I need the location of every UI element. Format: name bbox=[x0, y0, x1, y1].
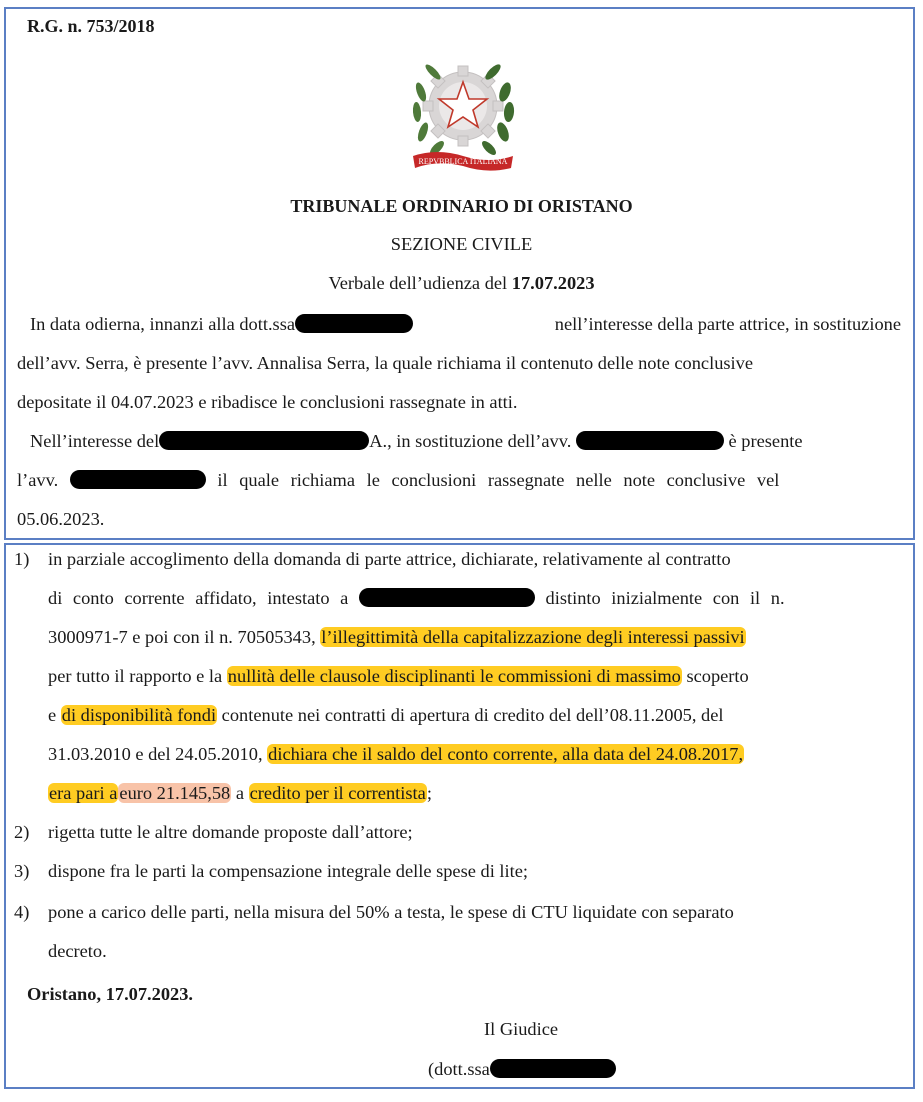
text: A., in sostituzione dell’avv. bbox=[369, 431, 571, 451]
intro-p2-line3: 05.06.2023. bbox=[17, 507, 901, 531]
text: ; bbox=[427, 783, 432, 803]
redaction bbox=[359, 588, 535, 607]
redaction bbox=[159, 431, 369, 450]
item-number: 3) bbox=[14, 859, 29, 883]
case-number: R.G. n. 753/2018 bbox=[27, 15, 155, 37]
highlight: credito per il correntista bbox=[249, 783, 427, 803]
redaction bbox=[70, 470, 206, 489]
item-number: 2) bbox=[14, 820, 29, 844]
highlight-amount: euro 21.145,58 bbox=[118, 783, 231, 803]
intro-p1-line2: dell’avv. Serra, è presente l’avv. Annal… bbox=[17, 351, 901, 375]
hearing-title: Verbale dell’udienza del 17.07.2023 bbox=[0, 272, 923, 294]
place-date: Oristano, 17.07.2023. bbox=[27, 983, 193, 1005]
item2-text: rigetta tutte le altre domande proposte … bbox=[48, 820, 904, 844]
item1-line4: per tutto il rapporto e la nullità delle… bbox=[48, 664, 904, 688]
item3-text: dispone fra le parti la compensazione in… bbox=[48, 859, 904, 883]
item1-line3: 3000971-7 e poi con il n. 70505343, l’il… bbox=[48, 625, 904, 649]
text: (dott.ssa bbox=[428, 1059, 490, 1079]
highlight: dichiara che il saldo del conto corrente… bbox=[267, 744, 744, 764]
highlight: di disponibilità fondi bbox=[61, 705, 217, 725]
emblem-ribbon-text: REPVBBLICA ITALIANA bbox=[419, 157, 508, 166]
intro-p2-line1: Nell’interesse delA., in sostituzione de… bbox=[30, 429, 888, 453]
redaction bbox=[576, 431, 724, 450]
redaction bbox=[295, 314, 413, 333]
item1-line6: 31.03.2010 e del 24.05.2010, dichiara ch… bbox=[48, 742, 904, 766]
text: In data odierna, innanzi alla dott.ssa bbox=[30, 314, 295, 334]
highlight: era pari a bbox=[48, 783, 118, 803]
text: il quale richiama le conclusioni rassegn… bbox=[217, 470, 779, 490]
item4-line1: pone a carico delle parti, nella misura … bbox=[48, 900, 904, 924]
item1-line7: era pari aeuro 21.145,58 a credito per i… bbox=[48, 781, 904, 805]
item-number: 1) bbox=[14, 547, 29, 571]
emblem-italian-republic-icon: REPVBBLICA ITALIANA bbox=[407, 52, 519, 174]
item4-line2: decreto. bbox=[48, 939, 904, 963]
item1-line1: in parziale accoglimento della domanda d… bbox=[48, 547, 904, 571]
text: Nell’interesse del bbox=[30, 431, 159, 451]
judge-signature: (dott.ssa bbox=[428, 1058, 616, 1080]
highlight: nullità delle clausole disciplinanti le … bbox=[227, 666, 682, 686]
intro-p2-line2: l’avv. il quale richiama le conclusioni … bbox=[17, 468, 888, 492]
text: nell’interesse della parte attrice, in s… bbox=[555, 312, 901, 336]
section-name: SEZIONE CIVILE bbox=[0, 233, 923, 255]
text: per tutto il rapporto e la bbox=[48, 666, 222, 686]
highlight: l’illegittimità della capitalizzazione d… bbox=[320, 627, 745, 647]
item1-line5: e di disponibilità fondi contenute nei c… bbox=[48, 703, 904, 727]
text: e bbox=[48, 705, 56, 725]
text: 3000971-7 e poi con il n. 70505343, bbox=[48, 627, 316, 647]
text: è presente bbox=[729, 431, 803, 451]
intro-p1-line1: In data odierna, innanzi alla dott.ssane… bbox=[30, 312, 901, 336]
item1-line2: di conto corrente affidato, intestato a … bbox=[48, 586, 904, 610]
hearing-prefix: Verbale dell’udienza del bbox=[328, 273, 511, 293]
text: contenute nei contratti di apertura di c… bbox=[222, 705, 724, 725]
text: l’avv. bbox=[17, 470, 58, 490]
text: di conto corrente affidato, intestato a bbox=[48, 588, 348, 608]
judge-title: Il Giudice bbox=[484, 1018, 558, 1040]
court-name: TRIBUNALE ORDINARIO DI ORISTANO bbox=[0, 195, 923, 217]
redaction bbox=[490, 1059, 616, 1078]
intro-p1-line3: depositate il 04.07.2023 e ribadisce le … bbox=[17, 390, 901, 414]
item-number: 4) bbox=[14, 900, 29, 924]
text: scoperto bbox=[686, 666, 748, 686]
text: 31.03.2010 e del 24.05.2010, bbox=[48, 744, 263, 764]
text: a bbox=[236, 783, 244, 803]
hearing-date: 17.07.2023 bbox=[512, 273, 595, 293]
text: distinto inizialmente con il n. bbox=[546, 588, 785, 608]
